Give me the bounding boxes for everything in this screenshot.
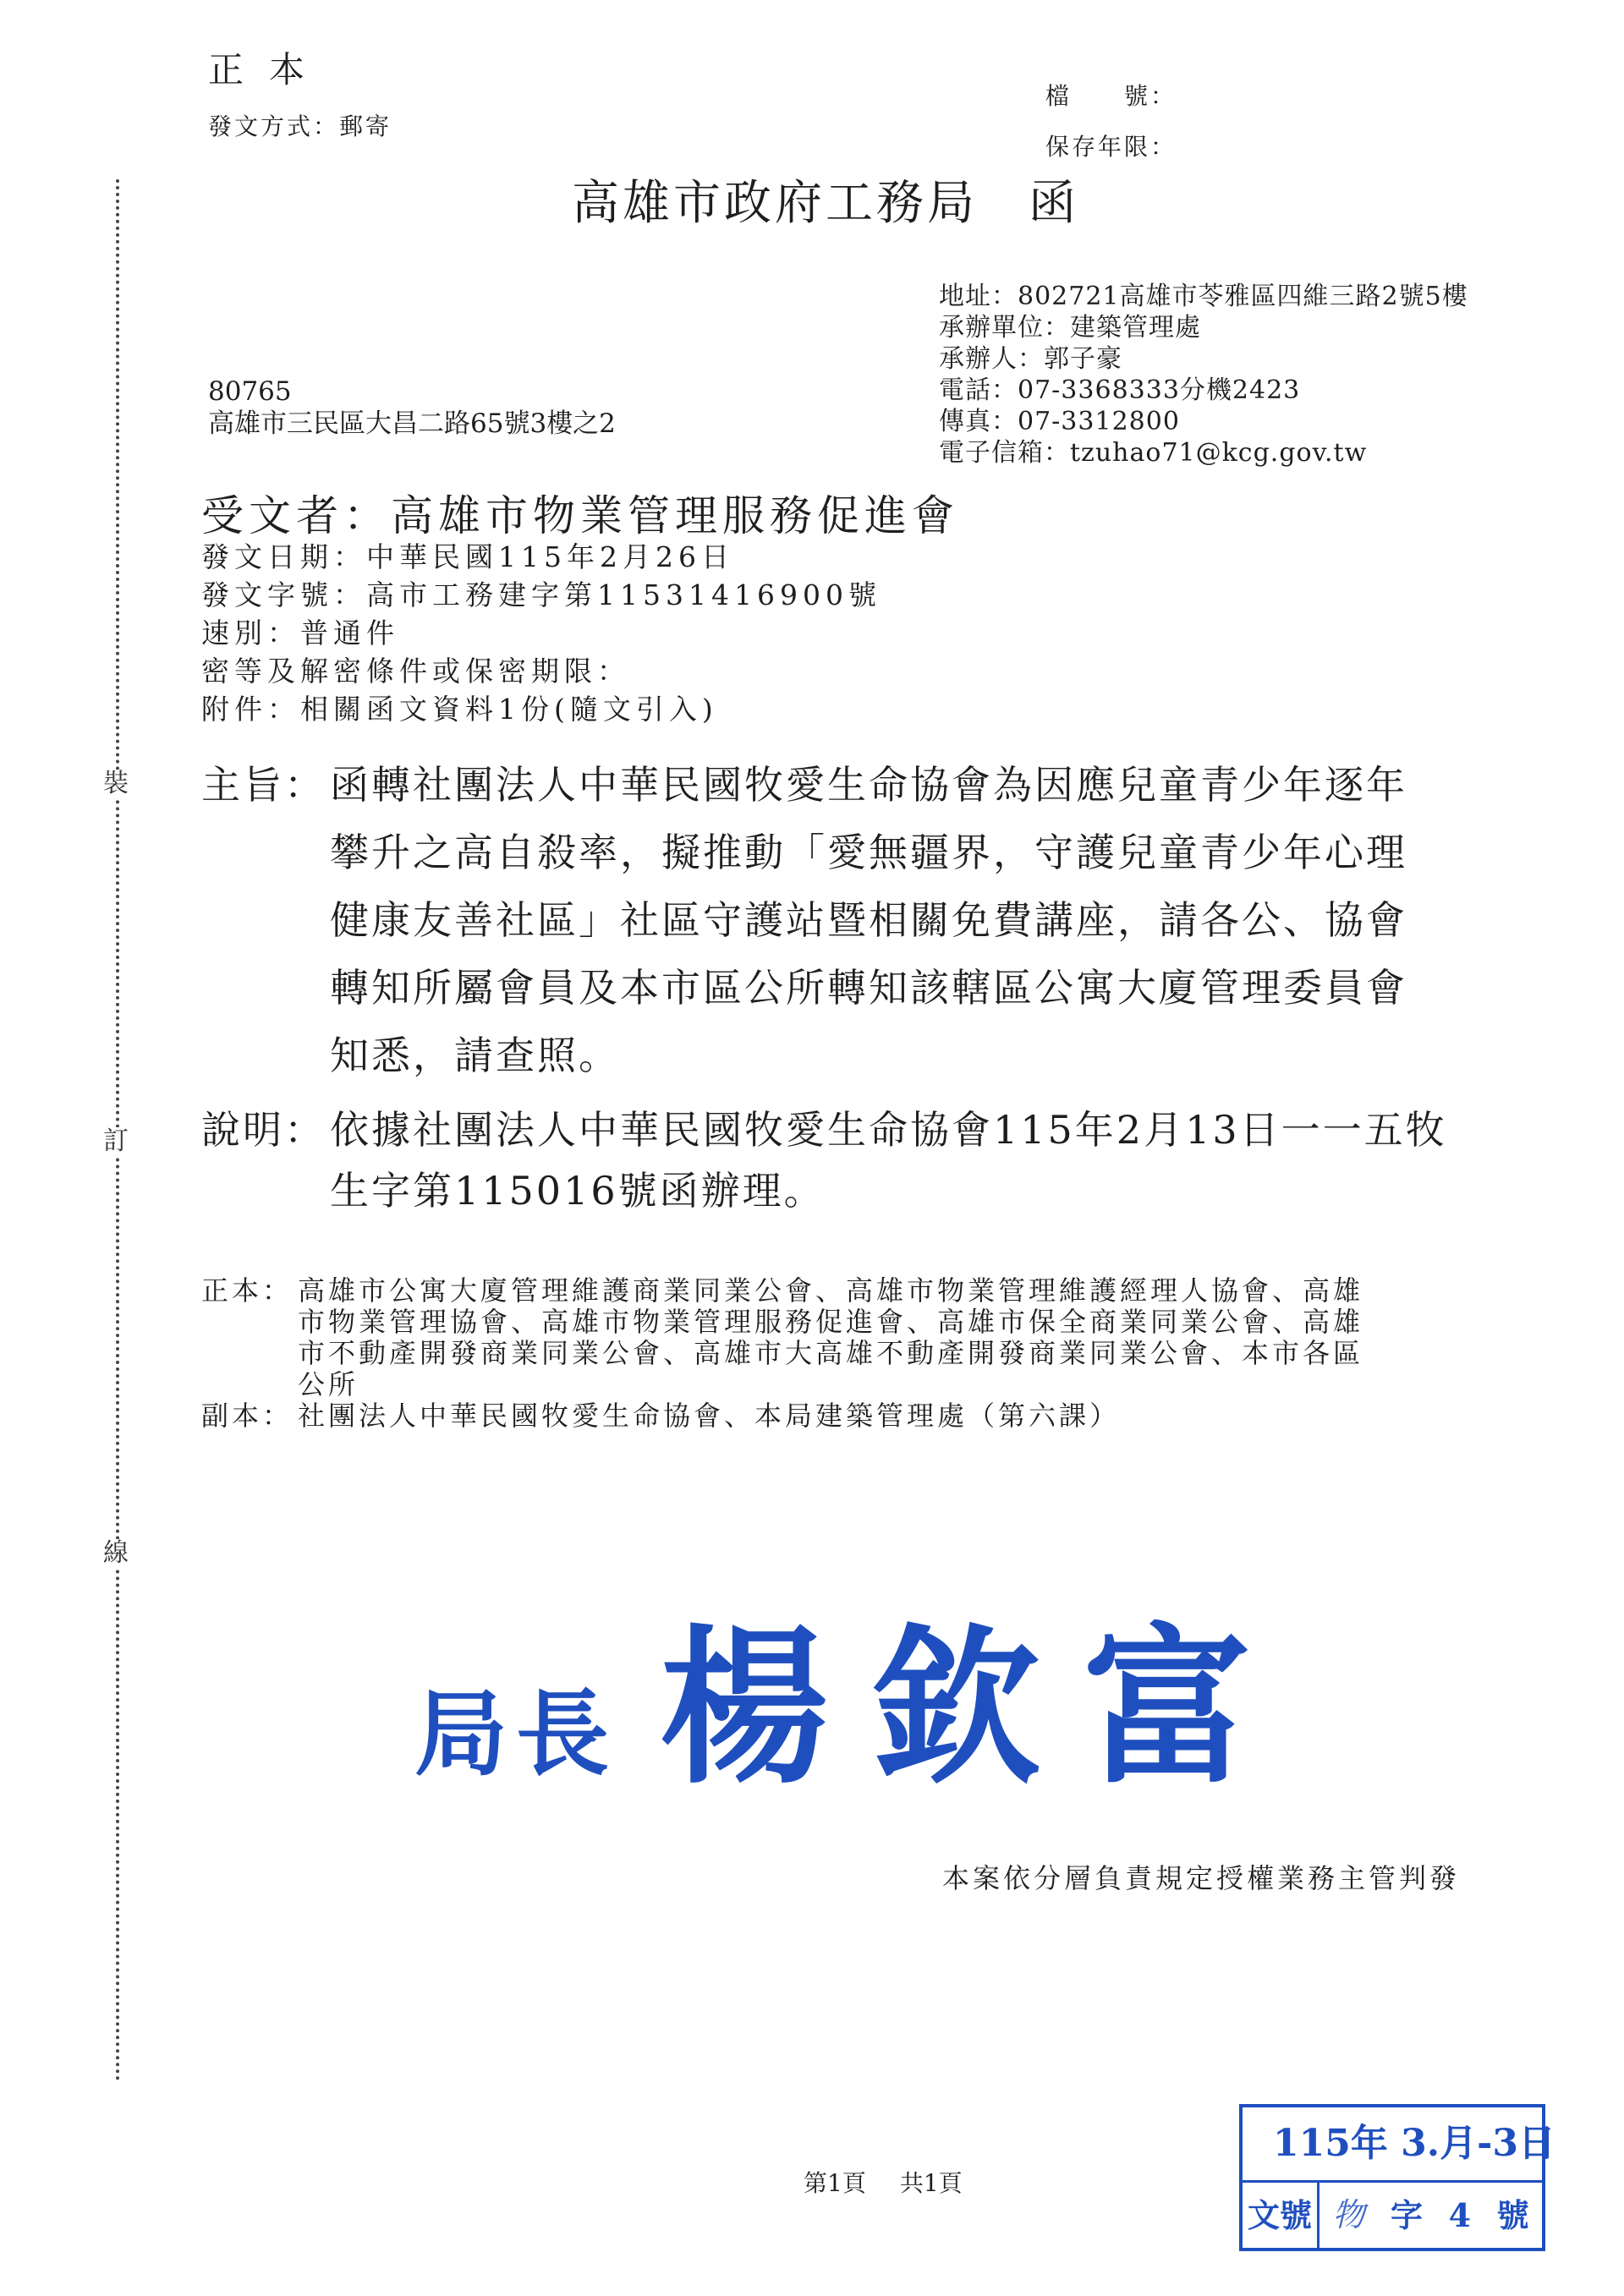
stamp-number-row: 文號 物 字 4 號	[1243, 2183, 1542, 2248]
stamp-number-label: 文號	[1243, 2183, 1319, 2248]
signature-title: 局長	[414, 1680, 617, 1789]
original-recipients-line: 公所	[201, 1369, 1504, 1400]
contact-unit: 承辦單位：建築管理處	[939, 312, 1468, 343]
subject-line: 知悉，請查照。	[201, 1022, 1487, 1089]
original-recipients: 正本： 高雄市公寓大廈管理維護商業同業公會、高雄市物業管理維護經理人協會、高雄 …	[201, 1275, 1504, 1400]
original-label: 正本：	[201, 1275, 293, 1307]
page-current: 第1頁	[804, 2169, 866, 2197]
recipient-mailing-address: 80765 高雄市三民區大昌二路65號3樓之2	[208, 375, 616, 440]
contact-block: 地址：802721高雄市苓雅區四維三路2號5樓 承辦單位：建築管理處 承辦人：郭…	[939, 281, 1468, 469]
recipient-zip: 80765	[208, 375, 616, 408]
binding-mark-xian: 線	[103, 1539, 129, 1568]
stamp-handwritten-prefix: 物	[1332, 2183, 1364, 2248]
stamp-date: 115年 3.月-3日	[1243, 2107, 1542, 2183]
explanation-section: 說明： 依據社團法人中華民國牧愛生命協會115年2月13日一一五牧 生字第115…	[201, 1099, 1487, 1221]
contact-address: 地址：802721高雄市苓雅區四維三路2號5樓	[939, 281, 1468, 312]
binding-mark-zhuang: 裝	[103, 770, 129, 798]
contact-phone: 電話：07-3368333分機2423	[939, 375, 1468, 406]
subject-section: 主旨： 函轉社團法人中華民國牧愛生命協會為因應兒童青少年逐年 攀升之高自殺率，擬…	[201, 751, 1487, 1089]
stamp-suffix: 號	[1497, 2183, 1529, 2248]
signature-name: 楊欽富	[660, 1608, 1294, 1807]
copy-label: 副本：	[201, 1400, 293, 1432]
explanation-line: 依據社團法人中華民國牧愛生命協會115年2月13日一一五牧	[201, 1099, 1487, 1160]
delegation-note: 本案依分層負責規定授權業務主管判發	[942, 1857, 1460, 1896]
binding-mark-ding: 訂	[103, 1127, 129, 1156]
stamp-number: 4	[1449, 2183, 1471, 2248]
original-recipients-line: 市物業管理協會、高雄市物業管理服務促進會、高雄市保全商業同業公會、高雄	[201, 1307, 1504, 1338]
stamp-word: 字	[1391, 2183, 1423, 2248]
copy-mark: 正本	[208, 42, 330, 93]
retention-label: 保存年限：	[1045, 129, 1177, 162]
contact-email: 電子信箱：tzuhao71@kcg.gov.tw	[939, 437, 1468, 469]
recipient: 受文者：高雄市物業管理服務促進會	[201, 482, 959, 543]
copy-recipients: 副本： 社團法人中華民國牧愛生命協會、本局建築管理處（第六課）	[201, 1400, 1504, 1432]
page-total: 共1頁	[900, 2169, 963, 2197]
subject-line: 函轉社團法人中華民國牧愛生命協會為因應兒童青少年逐年	[201, 751, 1487, 819]
contact-officer: 承辦人：郭子豪	[939, 343, 1468, 375]
original-recipients-line: 市不動產開發商業同業公會、高雄市大高雄不動產開發商業同業公會、本市各區	[201, 1338, 1504, 1369]
file-number-label: 檔 號：	[1045, 78, 1177, 112]
contact-fax: 傳真：07-3312800	[939, 406, 1468, 437]
issue-date: 發文日期：中華民國115年2月26日	[201, 538, 881, 576]
subject-line: 健康友善社區」社區守護站暨相關免費講座，請各公、協會	[201, 886, 1487, 954]
stamp-number-value: 物 字 4 號	[1319, 2183, 1542, 2248]
document-type: 函	[1029, 176, 1079, 231]
security-class: 密等及解密條件或保密期限：	[201, 652, 881, 690]
send-method: 發文方式：郵寄	[208, 108, 392, 142]
document-meta: 發文日期：中華民國115年2月26日 發文字號：高市工務建字第115314169…	[201, 538, 881, 728]
copy-recipients-line: 社團法人中華民國牧愛生命協會、本局建築管理處（第六課）	[201, 1400, 1504, 1432]
director-signature-seal: 局長楊欽富	[414, 1573, 1294, 1816]
subject-line: 轉知所屬會員及本市區公所轉知該轄區公寓大廈管理委員會	[201, 954, 1487, 1022]
recipient-street-address: 高雄市三民區大昌二路65號3樓之2	[208, 408, 616, 440]
attachment: 附件：相關函文資料1份(隨文引入)	[201, 690, 881, 728]
explanation-line: 生字第115016號函辦理。	[201, 1160, 1487, 1221]
subject-line: 攀升之高自殺率，擬推動「愛無疆界，守護兒童青少年心理	[201, 819, 1487, 886]
document-number: 發文字號：高市工務建字第11531416900號	[201, 576, 881, 614]
original-recipients-line: 高雄市公寓大廈管理維護商業同業公會、高雄市物業管理維護經理人協會、高雄	[201, 1275, 1504, 1307]
document-title: 高雄市政府工務局函	[572, 166, 1079, 233]
page-number: 第1頁共1頁	[804, 2165, 963, 2199]
explanation-label: 說明：	[201, 1099, 326, 1160]
agency-name: 高雄市政府工務局	[572, 176, 978, 231]
received-date-stamp: 115年 3.月-3日 文號 物 字 4 號	[1239, 2104, 1545, 2251]
subject-label: 主旨：	[201, 751, 326, 819]
speed-class: 速別：普通件	[201, 614, 881, 652]
